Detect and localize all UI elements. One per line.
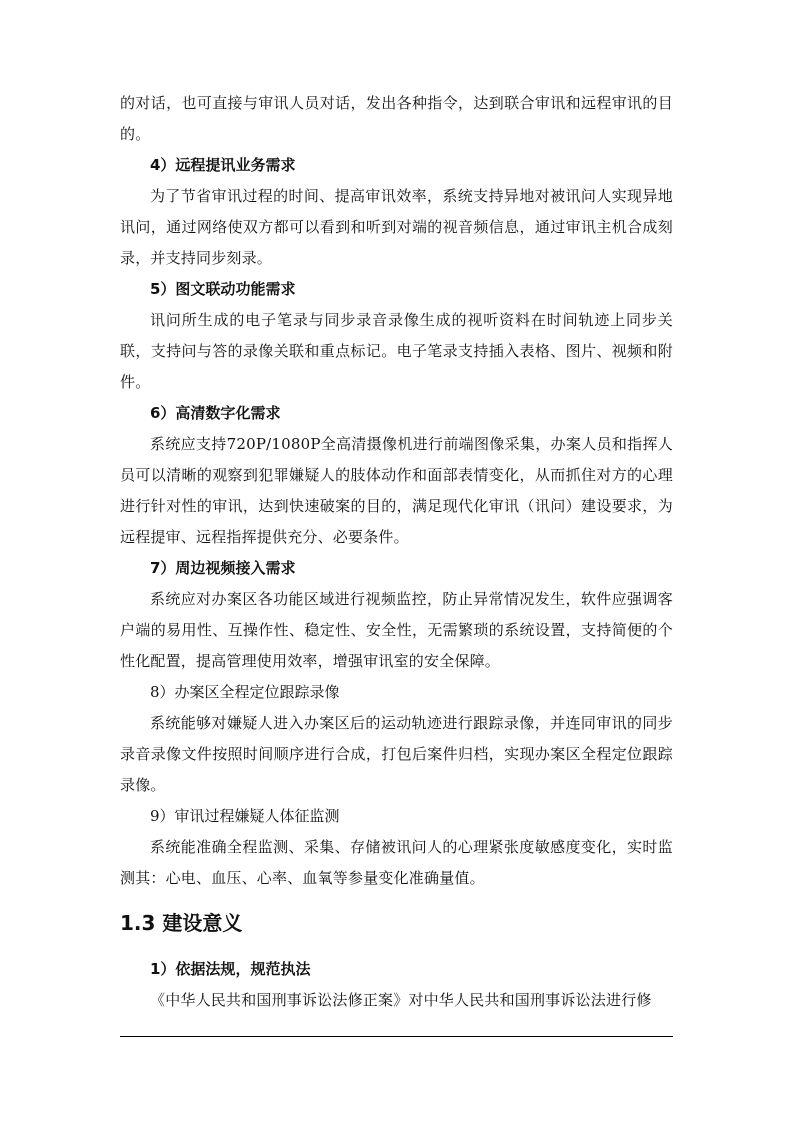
paragraph-law-compliance: 《中华人民共和国刑事诉讼法修正案》对中华人民共和国刑事诉讼法进行修 xyxy=(120,985,673,1016)
subheading-peripheral-video: 7）周边视频接入需求 xyxy=(120,553,673,584)
paragraph-location-tracking: 系统能够对嫌疑人进入办案区后的运动轨迹进行跟踪录像，并连同审讯的同步录音录像文件… xyxy=(120,708,673,801)
paragraph-vital-signs: 系统能准确全程监测、采集、存储被讯问人的心理紧张度敏感度变化，实时监测其：心电、… xyxy=(120,832,673,894)
subheading-text-image-linkage: 5）图文联动功能需求 xyxy=(120,274,673,305)
document-page: 的对话，也可直接与审讯人员对话，发出各种指令，达到联合审讯和远程审讯的目的。 4… xyxy=(120,88,673,1016)
paragraph-continuation: 的对话，也可直接与审讯人员对话，发出各种指令，达到联合审讯和远程审讯的目的。 xyxy=(120,88,673,150)
subheading-hd-digital: 6）高清数字化需求 xyxy=(120,398,673,429)
paragraph-text-image-linkage: 讯问所生成的电子笔录与同步录音录像生成的视听资料在时间轨迹上同步关联，支持问与答… xyxy=(120,305,673,398)
paragraph-hd-digital: 系统应支持720P/1080P全高清摄像机进行前端图像采集，办案人员和指挥人员可… xyxy=(120,429,673,553)
subheading-vital-signs: 9）审讯过程嫌疑人体征监测 xyxy=(120,801,673,832)
subheading-location-tracking: 8）办案区全程定位跟踪录像 xyxy=(120,677,673,708)
paragraph-peripheral-video: 系统应对办案区各功能区域进行视频监控，防止异常情况发生，软件应强调客户端的易用性… xyxy=(120,584,673,677)
paragraph-remote-arraignment: 为了节省审讯过程的时间、提高审讯效率，系统支持异地对被讯问人实现异地讯问，通过网… xyxy=(120,181,673,274)
section-heading: 1.3 建设意义 xyxy=(120,906,673,940)
subheading-law-compliance: 1）依据法规，规范执法 xyxy=(120,954,673,985)
footer-divider xyxy=(120,1036,673,1037)
subheading-remote-arraignment: 4）远程提讯业务需求 xyxy=(120,150,673,181)
